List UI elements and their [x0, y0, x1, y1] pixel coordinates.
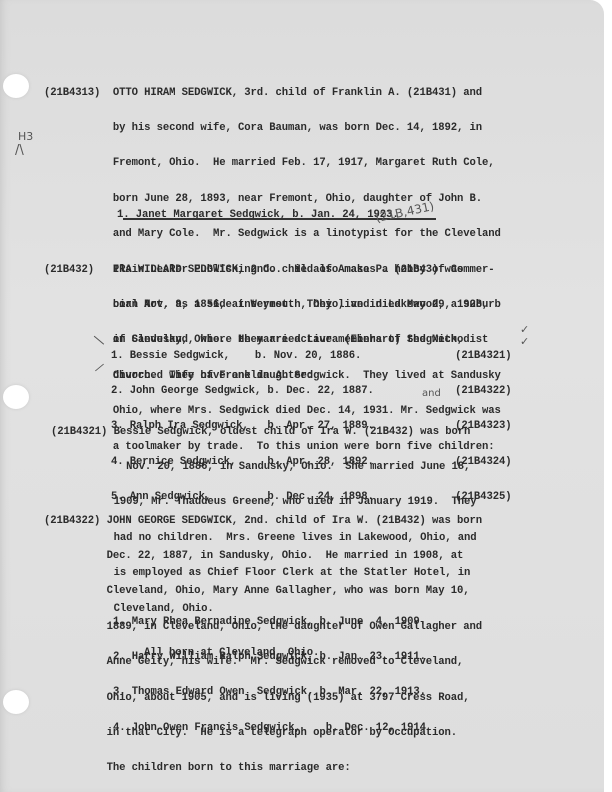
text-line: (21B4321) Bessie Sedgwick, oldest child …: [51, 427, 477, 439]
list-item: 3. Thomas Edward Owen Sedgwick, b. Mar. …: [113, 687, 426, 699]
text-line: The children born to this marriage are:: [44, 763, 482, 775]
margin-note: H3: [18, 130, 33, 143]
document-page: (21B4313) OTTO HIRAM SEDGWICK, 3rd. chil…: [0, 0, 604, 792]
list-item: 1. Bessie Sedgwick, b. Nov. 20, 1886. (2…: [111, 351, 511, 363]
children-list: 1. Mary Rhea Bernadine Sedgwick, b. June…: [113, 593, 426, 758]
punch-hole: [3, 690, 29, 714]
text-line: Fremont, Ohio. He married Feb. 17, 1917,…: [44, 158, 501, 170]
text-line: by his second wife, Cora Bauman, was bor…: [44, 123, 501, 135]
text-line: Dec. 22, 1887, in Sandusky, Ohio. He mar…: [44, 551, 482, 563]
margin-mark-icon: /\: [15, 143, 24, 158]
list-item: 4. John Owen Francis Sedgwick, b. Dec. 1…: [113, 723, 426, 735]
handwritten-and: and: [422, 388, 441, 399]
footer-note: All born at Cleveland, Ohio.: [144, 648, 319, 660]
check-mark-icon: ✓: [520, 335, 529, 348]
list-item: 2. John George Sedgwick, b. Dec. 22, 188…: [111, 386, 511, 398]
children-list: 1. Janet Margaret Sedgwick, b. Jan. 24, …: [117, 186, 399, 245]
list-item: 1. Mary Rhea Bernadine Sedgwick, b. June…: [113, 617, 426, 629]
punch-hole: [3, 385, 29, 409]
text-line: (21B432) IRA WILLARD SEDGWICK, 2nd. chil…: [44, 265, 501, 277]
text-line: (21B4322) JOHN GEORGE SEDGWICK, 2nd. chi…: [44, 516, 482, 528]
text-line: born Nov. 9, 1856, at Weymouth, Ohio, an…: [44, 300, 501, 312]
text-line: (21B4313) OTTO HIRAM SEDGWICK, 3rd. chil…: [44, 88, 501, 100]
punch-hole: [3, 74, 29, 98]
text-line: Nov. 20, 1886, in Sandusky, Ohio. She ma…: [51, 462, 477, 474]
